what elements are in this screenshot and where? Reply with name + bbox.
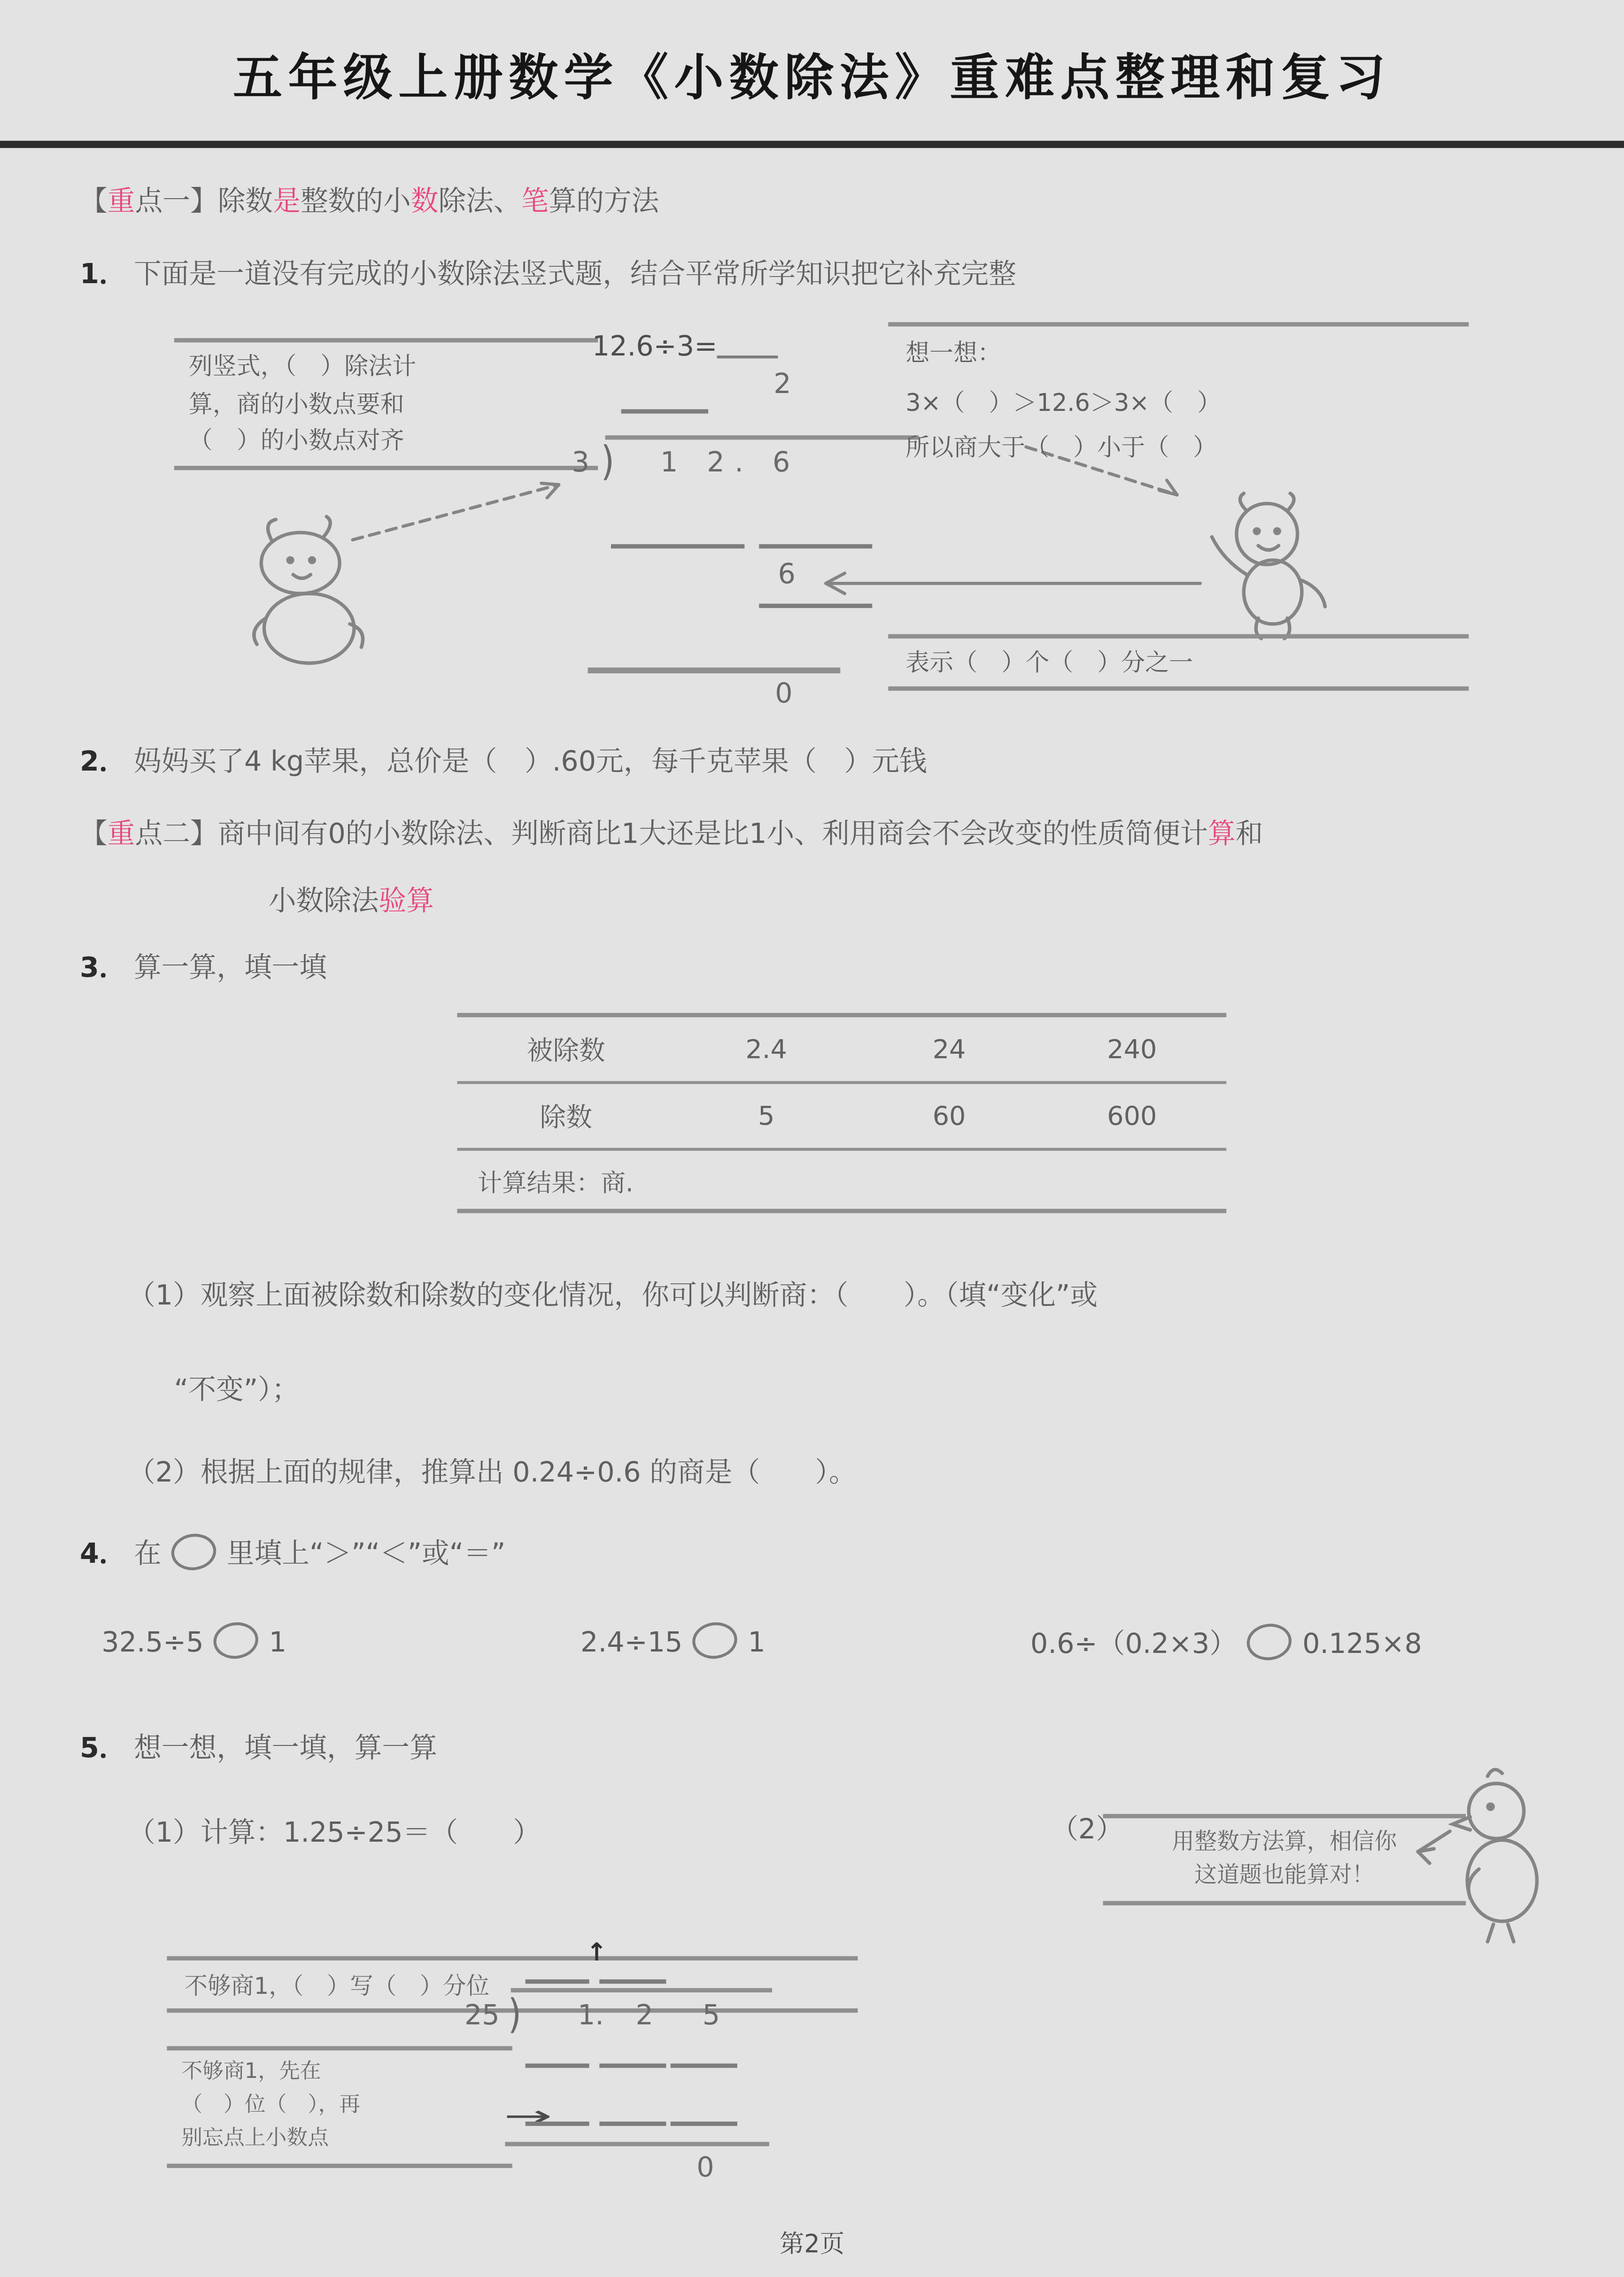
note-box-2: 不够商1，先在 （ ）位（ ），再 别忘点上小数点 xyxy=(167,2046,512,2167)
division2-work-blank-1 xyxy=(526,2063,589,2067)
division2-vinculum xyxy=(511,1988,772,1992)
table-rule-top xyxy=(457,1013,1226,1017)
division-bracket-icon: ) xyxy=(601,438,614,485)
compare-circle-icon xyxy=(211,1620,261,1662)
question-4: 4．在里填上“＞”“＜”或“＝” xyxy=(80,1532,505,1571)
table-row1-label: 被除数 xyxy=(457,1030,675,1068)
q5-hint-box: 用整数方法算，相信你 这道题也能算对！ xyxy=(1103,1814,1466,1905)
division-bottom-rule xyxy=(588,668,841,673)
mascot-doodle-left-icon xyxy=(254,517,363,663)
question-2-number: 2． xyxy=(80,746,127,778)
division2-bottom-rule xyxy=(505,2142,769,2146)
division2-work-blank-5 xyxy=(599,2122,666,2125)
work-blank-3 xyxy=(759,604,872,608)
question-5-text: 想一想，填一填，算一算 xyxy=(134,1733,437,1765)
section2-heading: 【重点二】商中间有0的小数除法、判断商比1大还是比1小、利用商会不会改变的性质简… xyxy=(80,813,1263,852)
quotient2-blank-1 xyxy=(526,1979,589,1983)
division-equation-text: 12.6÷3= xyxy=(592,331,717,363)
dividend: 1 2. 6 xyxy=(660,447,800,479)
right-hint-box: 想一想： 3×（ ）＞12.6＞3×（ ） 所以商大于（ ）小于（ ） 表示（ … xyxy=(888,322,1469,691)
question-5-number: 5． xyxy=(80,1733,127,1765)
left-hint-line2: 算，商的小数点要和 xyxy=(189,386,584,423)
table-cell: 60 xyxy=(858,1101,1040,1131)
left-hint-line1: 列竖式，（ ）除法计 xyxy=(189,348,584,386)
division-vinculum xyxy=(605,435,919,440)
question-2: 2．妈妈买了4 kg苹果，总价是（ ）.60元，每千克苹果（ ）元钱 xyxy=(80,740,927,779)
left-hint-line3: （ ）的小数点对齐 xyxy=(189,423,584,460)
q4-item-1: 32.5÷51 xyxy=(101,1622,286,1659)
remainder2-digit: 0 xyxy=(696,2152,714,2184)
compare-circle-icon xyxy=(690,1620,740,1662)
right-hint-main: 想一想： 3×（ ）＞12.6＞3×（ ） 所以商大于（ ）小于（ ） xyxy=(888,322,1469,634)
table-row2-label: 除数 xyxy=(457,1097,675,1135)
right-hint-line3: 所以商大于（ ）小于（ ） xyxy=(905,430,1451,467)
table-cell: 2.4 xyxy=(675,1034,858,1065)
q4-item-3: 0.6÷（0.2×3）0.125×8 xyxy=(1030,1622,1422,1661)
question-5: 5．想一想，填一填，算一算 xyxy=(80,1727,437,1766)
compare-circle-icon xyxy=(1245,1621,1295,1663)
note-box-2-line1: 不够商1，先在 xyxy=(181,2056,498,2090)
section2-heading-line2: 小数除法验算 xyxy=(269,880,434,919)
question-3-text: 算一算，填一填 xyxy=(134,952,327,984)
title-divider xyxy=(0,141,1624,148)
question-1-number: 1． xyxy=(80,258,127,290)
table-row: 除数 5 60 600 xyxy=(457,1084,1226,1148)
q4-item-3-left: 0.6÷（0.2×3） xyxy=(1030,1628,1237,1660)
question-4-prefix: 在 xyxy=(134,1538,162,1570)
q4-item-2-right: 1 xyxy=(748,1627,766,1659)
table-cell: 24 xyxy=(858,1034,1040,1065)
q4-item-2: 2.4÷151 xyxy=(580,1622,766,1659)
q4-item-1-left: 32.5÷5 xyxy=(101,1627,203,1659)
q5-sub1: （1）计算：1.25÷25＝（ ） xyxy=(128,1811,541,1850)
table-cell: 5 xyxy=(675,1101,858,1131)
dashed-arrow-left-head-icon xyxy=(541,483,559,498)
table-result-row: 计算结果：商. xyxy=(457,1151,1226,1209)
decimal-point-arrow-icon: ↑ xyxy=(586,1939,607,1968)
q4-item-3-right: 0.125×8 xyxy=(1302,1628,1422,1660)
division2-work-blank-4 xyxy=(526,2122,589,2125)
q5-hint-line2: 这道题也能算对！ xyxy=(1114,1859,1454,1893)
table-cell: 240 xyxy=(1041,1034,1223,1065)
q5-hint-line1: 用整数方法算，相信你 xyxy=(1114,1826,1454,1860)
remainder-digit: 0 xyxy=(775,678,792,710)
table-rule-bottom xyxy=(457,1209,1226,1213)
page-title: 五年级上册数学《小数除法》重难点整理和复习 xyxy=(0,38,1624,108)
question-4-suffix: 里填上“＞”“＜”或“＝” xyxy=(227,1538,506,1570)
q3-sub2: （2）根据上面的规律，推算出 0.24÷0.6 的商是（ ）。 xyxy=(128,1451,857,1490)
work-blank-1 xyxy=(611,544,744,548)
quotient2-blank-2 xyxy=(599,1979,666,1983)
division2-work-blank-2 xyxy=(599,2063,666,2067)
question-3: 3．算一算，填一填 xyxy=(80,946,327,985)
note-box-2-line2: （ ）位（ ），再 xyxy=(181,2090,498,2124)
equation-answer-blank xyxy=(717,335,778,358)
division2-work-blank-6 xyxy=(671,2122,737,2125)
quotient-blank xyxy=(621,409,708,413)
note-box-2-line3: 别忘点上小数点 xyxy=(181,2123,498,2157)
division2-bracket-icon: ) xyxy=(508,1991,522,2038)
quotient-digit: 2 xyxy=(773,369,791,401)
q4-item-1-right: 1 xyxy=(269,1627,286,1659)
work-blank-2 xyxy=(759,544,872,548)
divisor2: 25 xyxy=(464,1999,500,2031)
table-row: 被除数 2.4 24 240 xyxy=(457,1017,1226,1081)
mascot-bird-icon xyxy=(1430,1768,1560,1949)
question-1: 1．下面是一道没有完成的小数除法竖式题，结合平常所学知识把它补充完整 xyxy=(80,253,1016,292)
divisor: 3 xyxy=(572,447,589,479)
q3-sub1-line1: （1）观察上面被除数和除数的变化情况，你可以判断商：（ ）。（填“变化”或 xyxy=(128,1274,1098,1313)
question-4-number: 4． xyxy=(80,1538,127,1570)
right-hint-bottom-text: 表示（ ）个（ ）分之一 xyxy=(905,644,1193,681)
dividend2-part2: 2 xyxy=(636,1999,653,2031)
question-3-number: 3． xyxy=(80,952,127,984)
q3-table: 被除数 2.4 24 240 除数 5 60 600 计算结果：商. xyxy=(457,1013,1226,1213)
section1-heading: 【重点一】除数是整数的小数除法、笔算的方法 xyxy=(80,180,659,219)
right-hint-line1: 想一想： xyxy=(905,335,1451,372)
right-hint-line2: 3×（ ）＞12.6＞3×（ ） xyxy=(905,384,1451,421)
question-1-figure: 列竖式，（ ）除法计 算，商的小数点要和 （ ）的小数点对齐 12.6÷3= 2… xyxy=(80,319,1546,733)
question-1-text: 下面是一道没有完成的小数除法竖式题，结合平常所学知识把它补充完整 xyxy=(134,258,1016,290)
page-number: 第2页 xyxy=(0,2223,1624,2259)
left-hint-box: 列竖式，（ ）除法计 算，商的小数点要和 （ ）的小数点对齐 xyxy=(174,338,598,470)
division-2: ↑ 25 ) 1. 2 5 0 xyxy=(462,1939,773,2193)
q4-item-2-left: 2.4÷15 xyxy=(580,1627,682,1659)
right-hint-bottom-row: 表示（ ）个（ ）分之一 xyxy=(888,634,1469,691)
table-cell: 600 xyxy=(1041,1101,1223,1131)
dividend2-part3: 5 xyxy=(703,1999,720,2031)
q3-sub1-line2: “不变”）； xyxy=(174,1368,299,1407)
division2-work-blank-3 xyxy=(671,2063,737,2067)
worksheet-page: 五年级上册数学《小数除法》重难点整理和复习 【重点一】除数是整数的小数除法、笔算… xyxy=(0,0,1624,2277)
question-2-text: 妈妈买了4 kg苹果，总价是（ ）.60元，每千克苹果（ ）元钱 xyxy=(134,746,927,778)
dividend2-part1: 1. xyxy=(578,1999,604,2031)
division-equation: 12.6÷3= xyxy=(592,331,778,363)
compare-circle-icon xyxy=(170,1531,219,1573)
dashed-arrow-left-icon xyxy=(353,485,559,540)
brought-down-digit: 6 xyxy=(778,559,795,591)
